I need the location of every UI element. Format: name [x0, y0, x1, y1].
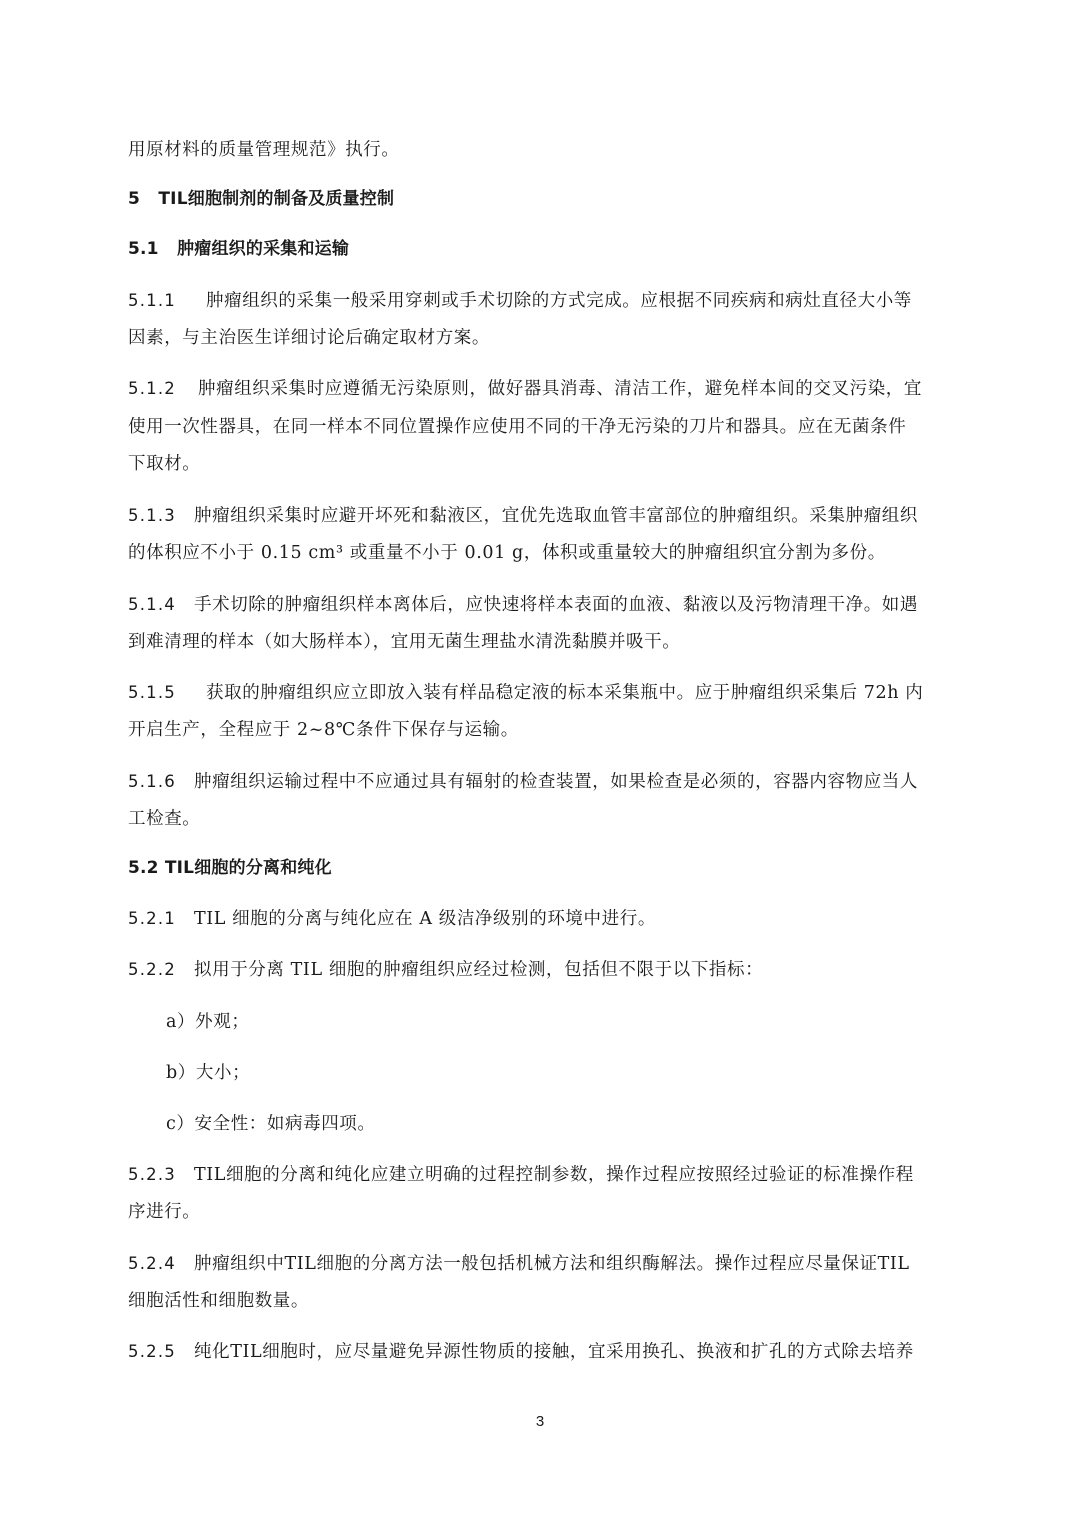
clause-5-1-2-cont: 下取材。 [128, 452, 200, 476]
clause-text: 获取的肿瘤组织应立即放入装有样品稳定液的标本采集瓶中。应于肿瘤组织采集后 72h… [206, 683, 923, 703]
clause-text: 手术切除的肿瘤组织样本离体后，应快速将样本表面的血液、黏液以及污物清理干净。如遇 [194, 595, 918, 615]
clause-number: 5.1.3 [128, 504, 194, 528]
page-number: 3 [0, 1413, 1080, 1430]
clause-5-1-2-cont: 使用一次性器具，在同一样本不同位置操作应使用不同的干净无污染的刀片和器具。应在无… [128, 415, 906, 439]
clause-text: 肿瘤组织中TIL细胞的分离方法一般包括机械方法和组织酶解法。操作过程应尽量保证T… [194, 1254, 910, 1274]
section-5-heading: 5 TIL细胞制剂的制备及质量控制 [128, 187, 394, 211]
clause-number: 5.1.2 [128, 377, 198, 401]
section-5-1-heading: 5.1 肿瘤组织的采集和运输 [128, 237, 349, 261]
clause-5-2-4: 5.2.4肿瘤组织中TIL细胞的分离方法一般包括机械方法和组织酶解法。操作过程应… [128, 1252, 910, 1276]
clause-number: 5.2.3 [128, 1163, 194, 1187]
clause-5-1-1-cont: 因素，与主治医生详细讨论后确定取材方案。 [128, 326, 490, 350]
clause-5-2-1: 5.2.1TIL 细胞的分离与纯化应在 A 级洁净级别的环境中进行。 [128, 907, 656, 931]
indicator-item: a）外观； [166, 1010, 249, 1034]
clause-number: 5.1.6 [128, 770, 194, 794]
section-5-2-heading: 5.2 TIL细胞的分离和纯化 [128, 856, 332, 880]
clause-number: 5.2.2 [128, 958, 194, 982]
clause-number: 5.2.1 [128, 907, 194, 931]
clause-5-1-4: 5.1.4手术切除的肿瘤组织样本离体后，应快速将样本表面的血液、黏液以及污物清理… [128, 593, 918, 617]
clause-number: 5.2.5 [128, 1340, 194, 1364]
section-number: 5.2 [128, 858, 159, 878]
clause-text: 肿瘤组织采集时应遵循无污染原则，做好器具消毒、清洁工作，避免样本间的交叉污染，宜 [198, 379, 922, 399]
clause-number: 5.1.4 [128, 593, 194, 617]
section-number: 5 [128, 189, 140, 209]
indicator-item: b）大小； [166, 1061, 250, 1085]
section-title: TIL细胞制剂的制备及质量控制 [158, 189, 394, 209]
clause-5-2-4-cont: 细胞活性和细胞数量。 [128, 1289, 309, 1313]
clause-number: 5.1.5 [128, 681, 206, 705]
section-title: TIL细胞的分离和纯化 [165, 858, 332, 878]
section-title: 肿瘤组织的采集和运输 [177, 239, 349, 259]
clause-5-1-2: 5.1.2肿瘤组织采集时应遵循无污染原则，做好器具消毒、清洁工作，避免样本间的交… [128, 377, 922, 401]
clause-5-1-3-cont: 的体积应不小于 0.15 cm³ 或重量不小于 0.01 g，体积或重量较大的肿… [128, 541, 886, 565]
clause-text: 肿瘤组织运输过程中不应通过具有辐射的检查装置，如果检查是必须的，容器内容物应当人 [194, 772, 918, 792]
clause-5-1-3: 5.1.3肿瘤组织采集时应避开坏死和黏液区，宜优先选取血管丰富部位的肿瘤组织。采… [128, 504, 918, 528]
intro-tail: 用原材料的质量管理规范》执行。 [128, 138, 400, 162]
clause-5-2-3-cont: 序进行。 [128, 1200, 200, 1224]
clause-text: TIL细胞的分离和纯化应建立明确的过程控制参数，操作过程应按照经过验证的标准操作… [194, 1165, 914, 1185]
clause-5-2-5: 5.2.5纯化TIL细胞时，应尽量避免异源性物质的接触，宜采用换孔、换液和扩孔的… [128, 1340, 914, 1364]
clause-text: 拟用于分离 TIL 细胞的肿瘤组织应经过检测，包括但不限于以下指标： [194, 960, 763, 980]
clause-5-1-5: 5.1.5获取的肿瘤组织应立即放入装有样品稳定液的标本采集瓶中。应于肿瘤组织采集… [128, 681, 923, 705]
clause-text: 肿瘤组织的采集一般采用穿刺或手术切除的方式完成。应根据不同疾病和病灶直径大小等 [206, 291, 912, 311]
clause-number: 5.2.4 [128, 1252, 194, 1276]
section-number: 5.1 [128, 239, 159, 259]
clause-5-1-6: 5.1.6肿瘤组织运输过程中不应通过具有辐射的检查装置，如果检查是必须的，容器内… [128, 770, 918, 794]
clause-5-2-2: 5.2.2拟用于分离 TIL 细胞的肿瘤组织应经过检测，包括但不限于以下指标： [128, 958, 763, 982]
indicator-item: c）安全性：如病毒四项。 [166, 1112, 376, 1136]
clause-5-1-6-cont: 工检查。 [128, 807, 200, 831]
clause-5-1-5-cont: 开启生产，全程应于 2~8℃条件下保存与运输。 [128, 718, 519, 742]
clause-5-1-4-cont: 到难清理的样本（如大肠样本），宜用无菌生理盐水清洗黏膜并吸干。 [128, 630, 680, 654]
clause-5-1-1: 5.1.1肿瘤组织的采集一般采用穿刺或手术切除的方式完成。应根据不同疾病和病灶直… [128, 289, 912, 313]
clause-text: TIL 细胞的分离与纯化应在 A 级洁净级别的环境中进行。 [194, 909, 656, 929]
clause-text: 肿瘤组织采集时应避开坏死和黏液区，宜优先选取血管丰富部位的肿瘤组织。采集肿瘤组织 [194, 506, 918, 526]
clause-5-2-3: 5.2.3TIL细胞的分离和纯化应建立明确的过程控制参数，操作过程应按照经过验证… [128, 1163, 914, 1187]
clause-text: 纯化TIL细胞时，应尽量避免异源性物质的接触，宜采用换孔、换液和扩孔的方式除去培… [194, 1342, 914, 1362]
clause-number: 5.1.1 [128, 289, 206, 313]
